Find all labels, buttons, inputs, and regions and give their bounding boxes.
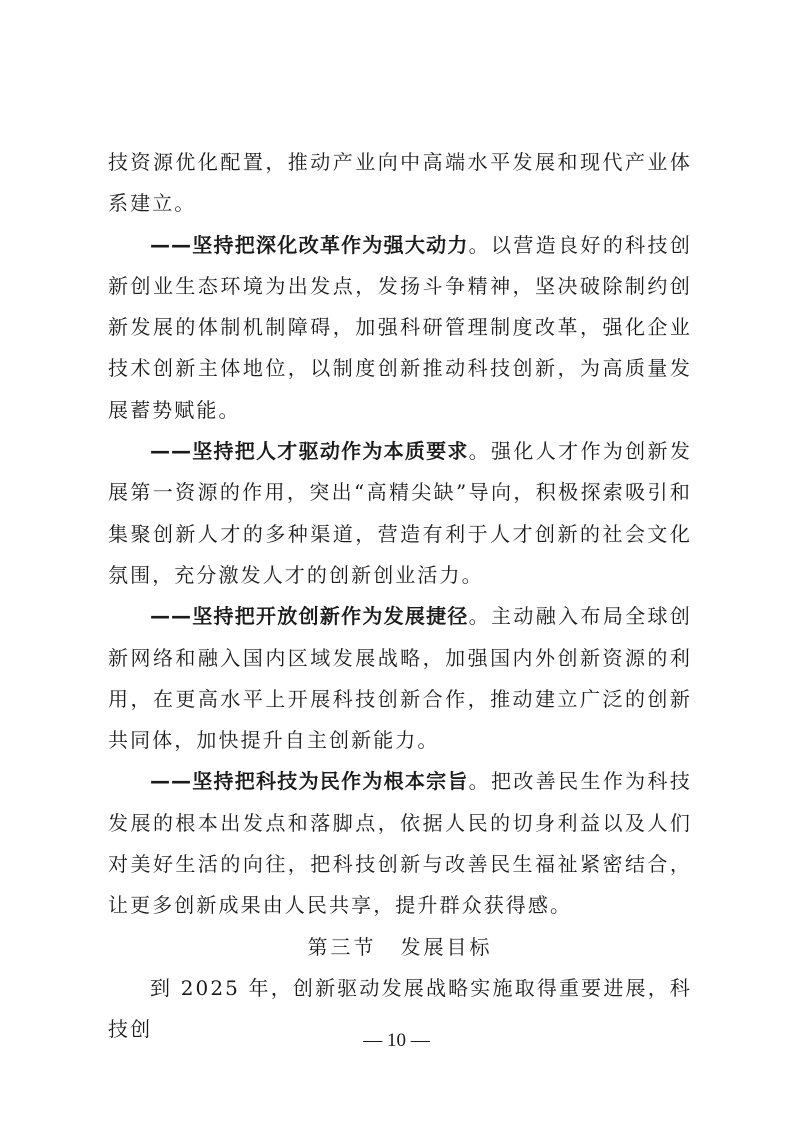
section-heading: 第三节发展目标: [108, 927, 692, 968]
principle-lead: ——坚持把深化改革作为强大动力: [150, 233, 469, 257]
paragraph-continuation: 技资源优化配置，推动产业向中高端水平发展和现代产业体系建立。: [108, 142, 692, 225]
body-text: 技资源优化配置，推动产业向中高端水平发展和现代产业体系建立。 ——坚持把深化改革…: [108, 142, 692, 1051]
page-number: — 10 —: [0, 1030, 793, 1052]
section-number: 第三节: [308, 935, 377, 959]
principle-lead: ——坚持把科技为民作为根本宗旨: [150, 769, 469, 793]
paragraph-text: 技资源优化配置，推动产业向中高端水平发展和现代产业体系建立。: [108, 150, 692, 215]
paragraph-text: 。以营造良好的科技创新创业生态环境为出发点，发扬斗争精神，坚决破除制约创新发展的…: [108, 233, 692, 422]
principle-paragraph-people: ——坚持把科技为民作为根本宗旨。把改善民生作为科技发展的根本出发点和落脚点，依据…: [108, 761, 692, 926]
section-title: 发展目标: [401, 935, 493, 959]
principle-lead: ——坚持把人才驱动作为本质要求: [150, 439, 469, 463]
principle-paragraph-reform: ——坚持把深化改革作为强大动力。以营造良好的科技创新创业生态环境为出发点，发扬斗…: [108, 225, 692, 431]
document-page: 技资源优化配置，推动产业向中高端水平发展和现代产业体系建立。 ——坚持把深化改革…: [0, 0, 793, 1122]
principle-lead: ——坚持把开放创新作为发展捷径: [150, 604, 469, 628]
principle-paragraph-talent: ——坚持把人才驱动作为本质要求。强化人才作为创新发展第一资源的作用，突出“高精尖…: [108, 431, 692, 596]
principle-paragraph-openness: ——坚持把开放创新作为发展捷径。主动融入布局全球创新网络和融入国内区域发展战略，…: [108, 596, 692, 761]
